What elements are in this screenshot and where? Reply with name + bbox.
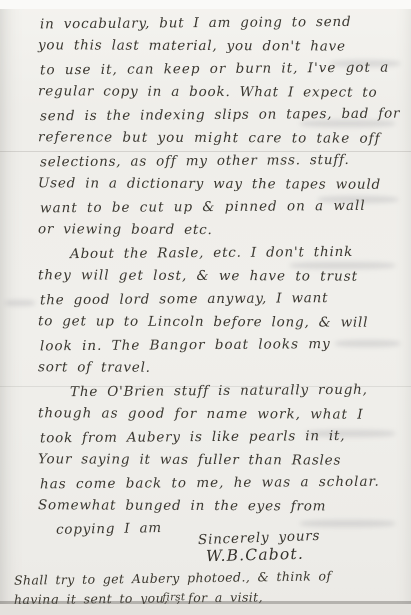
handwritten-line: to use it, can keep or burn it, I've got…	[40, 57, 389, 83]
handwritten-line: Your saying it was fuller than Rasles	[38, 448, 387, 473]
scan-background	[0, 604, 411, 615]
letter-body: in vocabulary, but I am going to send yo…	[0, 12, 411, 570]
postscript-line: Shall try to get Aubery photoed., & thin…	[14, 567, 404, 587]
handwritten-line: reference but you might care to take off	[38, 126, 387, 151]
handwritten-line: look in. The Bangor boat looks my	[40, 333, 389, 359]
handwritten-line: has come back to me, he was a scholar.	[40, 471, 389, 497]
handwritten-line: to get up to Lincoln before long, & will	[38, 310, 387, 335]
handwritten-line: in vocabulary, but I am going to send	[40, 11, 389, 37]
handwritten-line: selections, as off my other mss. stuff.	[40, 149, 389, 175]
handwritten-line: Used in a dictionary way the tapes would	[38, 172, 387, 197]
handwritten-line: they will get lost, & we have to trust	[38, 264, 387, 289]
scanned-letter-page: in vocabulary, but I am going to send yo…	[0, 0, 411, 615]
handwritten-line: regular copy in a book. What I expect to	[38, 80, 387, 105]
handwritten-line: sort of travel.	[38, 356, 387, 381]
handwritten-line-paragraph-start: About the Rasle, etc. I don't think	[40, 241, 389, 267]
handwritten-line: though as good for name work, what I	[38, 402, 387, 427]
handwritten-line: or viewing board etc.	[38, 218, 387, 243]
signature: W.B.Cabot.	[206, 545, 304, 566]
closing-phrase: copying I am	[56, 517, 162, 542]
handwritten-line: want to be cut up & pinned on a wall	[40, 195, 389, 221]
closing-row: copying I am Sincerely yours	[38, 518, 387, 544]
handwritten-line: send is the indexing slips on tapes, bad…	[40, 103, 389, 129]
handwritten-line: you this last material, you don't have	[38, 34, 387, 59]
handwritten-line: the good lord some anyway, I want	[40, 287, 389, 313]
handwritten-line: took from Aubery is like pearls in it,	[40, 425, 389, 451]
handwritten-line-paragraph-start: The O'Brien stuff is naturally rough,	[40, 379, 389, 405]
handwritten-line: Somewhat bunged in the eyes from	[38, 494, 387, 519]
paper-top-edge	[0, 0, 411, 9]
signature-row: W.B.Cabot.	[38, 544, 387, 570]
